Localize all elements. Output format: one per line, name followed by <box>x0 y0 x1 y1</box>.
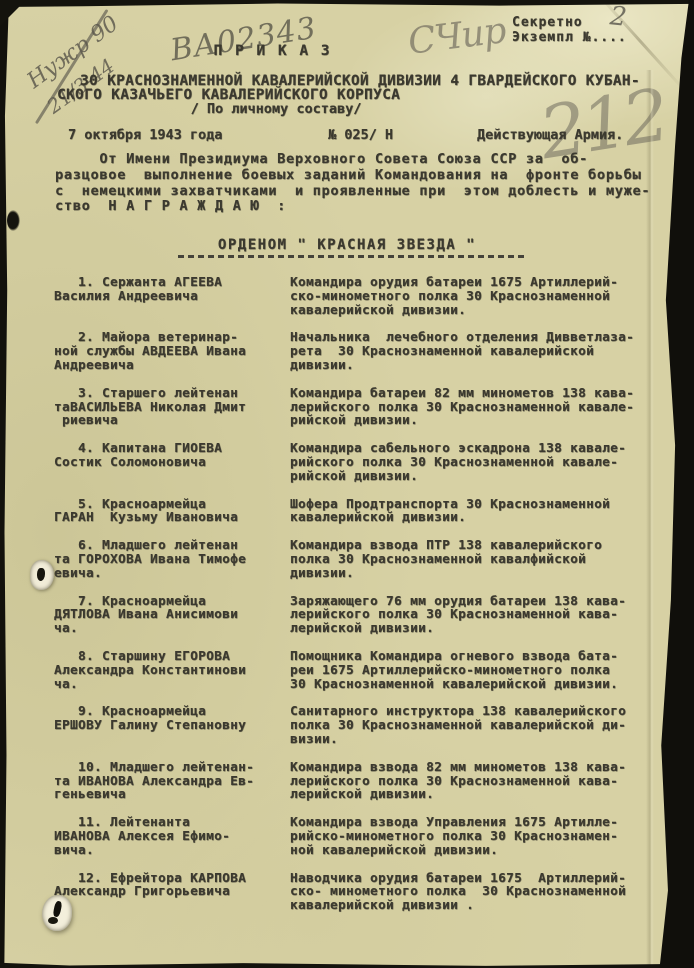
award-position-3: Командира батареи 82 мм минометов 138 ка… <box>290 387 670 428</box>
scan-edge-left <box>0 0 9 968</box>
award-position-4: Командира сабельного эскадрона 138 кавал… <box>290 442 670 483</box>
award-heading: ОРДЕНОМ " КРАСНАЯ ЗВЕЗДА " <box>0 237 694 253</box>
award-recipient-8: 8. Старшину ЕГОРОВА Александра Константи… <box>54 650 290 691</box>
award-position-8: Помощника Командира огневого взвода бата… <box>290 650 670 691</box>
handwritten-register-number: ВА02343 <box>168 11 319 69</box>
order-title: П Р И К А З <box>0 43 545 59</box>
paper-hole-small <box>7 210 20 231</box>
scan-edge-bottom <box>0 961 694 968</box>
award-recipient-6: 6. Младшего лейтенан та ГОРОХОВА Ивана Т… <box>54 539 290 580</box>
awards-list: 1. Сержанта АГЕЕВА Василия Андреевича Ко… <box>54 276 670 913</box>
award-position-7: Заряжающего 76 мм орудия батареи 138 кав… <box>290 595 670 636</box>
award-recipient-3: 3. Старшего лейтенан таВАСИЛЬЕВА Николая… <box>54 387 290 428</box>
award-recipient-2: 2. Майора ветеринар- ной службы АВДЕЕВА … <box>54 331 290 372</box>
award-position-9: Санитарного инструктора 138 кавалерийско… <box>290 705 670 746</box>
award-heading-underline <box>178 255 526 258</box>
award-recipient-7: 7. Красноармейца ДЯТЛОВА Ивана Анисимови… <box>54 595 290 636</box>
award-position-6: Командира взвода ПТР 138 кавалерийского … <box>290 539 670 580</box>
scope-line: / По личному составу/ <box>0 101 552 117</box>
preamble-text: От Имени Президиума Верховного Совета Со… <box>55 152 680 215</box>
award-recipient-12: 12. Ефрейтора КАРПОВА Александр Григорье… <box>54 872 290 913</box>
award-recipient-10: 10. Младшего лейтенан- та ИВАНОВА Алекса… <box>54 761 290 802</box>
award-recipient-5: 5. Красноармейца ГАРАН Кузьму Ивановича <box>54 498 290 526</box>
order-number: № 025/ Н <box>328 127 393 143</box>
order-location: Действующая Армия. <box>477 127 623 143</box>
award-position-12: Наводчика орудия батареи 1675 Артиллерий… <box>290 872 670 913</box>
fold-crease-right <box>646 70 654 968</box>
award-position-2: Начальника лечебного отделения Дивветлаз… <box>290 331 670 372</box>
order-date: 7 октября 1943 года <box>68 127 222 143</box>
award-recipient-11: 11. Лейтенанта ИВАНОВА Алексея Ефимо- ви… <box>54 816 290 857</box>
paper-hole-2 <box>42 895 72 931</box>
scan-edge-top <box>0 0 694 7</box>
award-position-10: Командира взвода 82 мм минометов 138 кав… <box>290 761 670 802</box>
paper-hole-1 <box>30 560 54 590</box>
award-position-11: Командира взвода Управления 1675 Артилле… <box>290 816 670 857</box>
award-position-5: Шофера Продтранспорта 30 Краснознаменной… <box>290 498 670 526</box>
award-position-1: Командира орудия батареи 1675 Артиллерий… <box>290 276 670 317</box>
award-recipient-4: 4. Капитана ГИОЕВА Состик Соломоновича <box>54 442 290 483</box>
document-page: Секретно Экземпл №.... 2 Нужр 90 21/3-44… <box>0 0 694 968</box>
award-recipient-1: 1. Сержанта АГЕЕВА Василия Андреевича <box>54 276 290 317</box>
award-recipient-9: 9. Красноармейца ЕРШОВУ Галину Степановн… <box>54 705 290 746</box>
